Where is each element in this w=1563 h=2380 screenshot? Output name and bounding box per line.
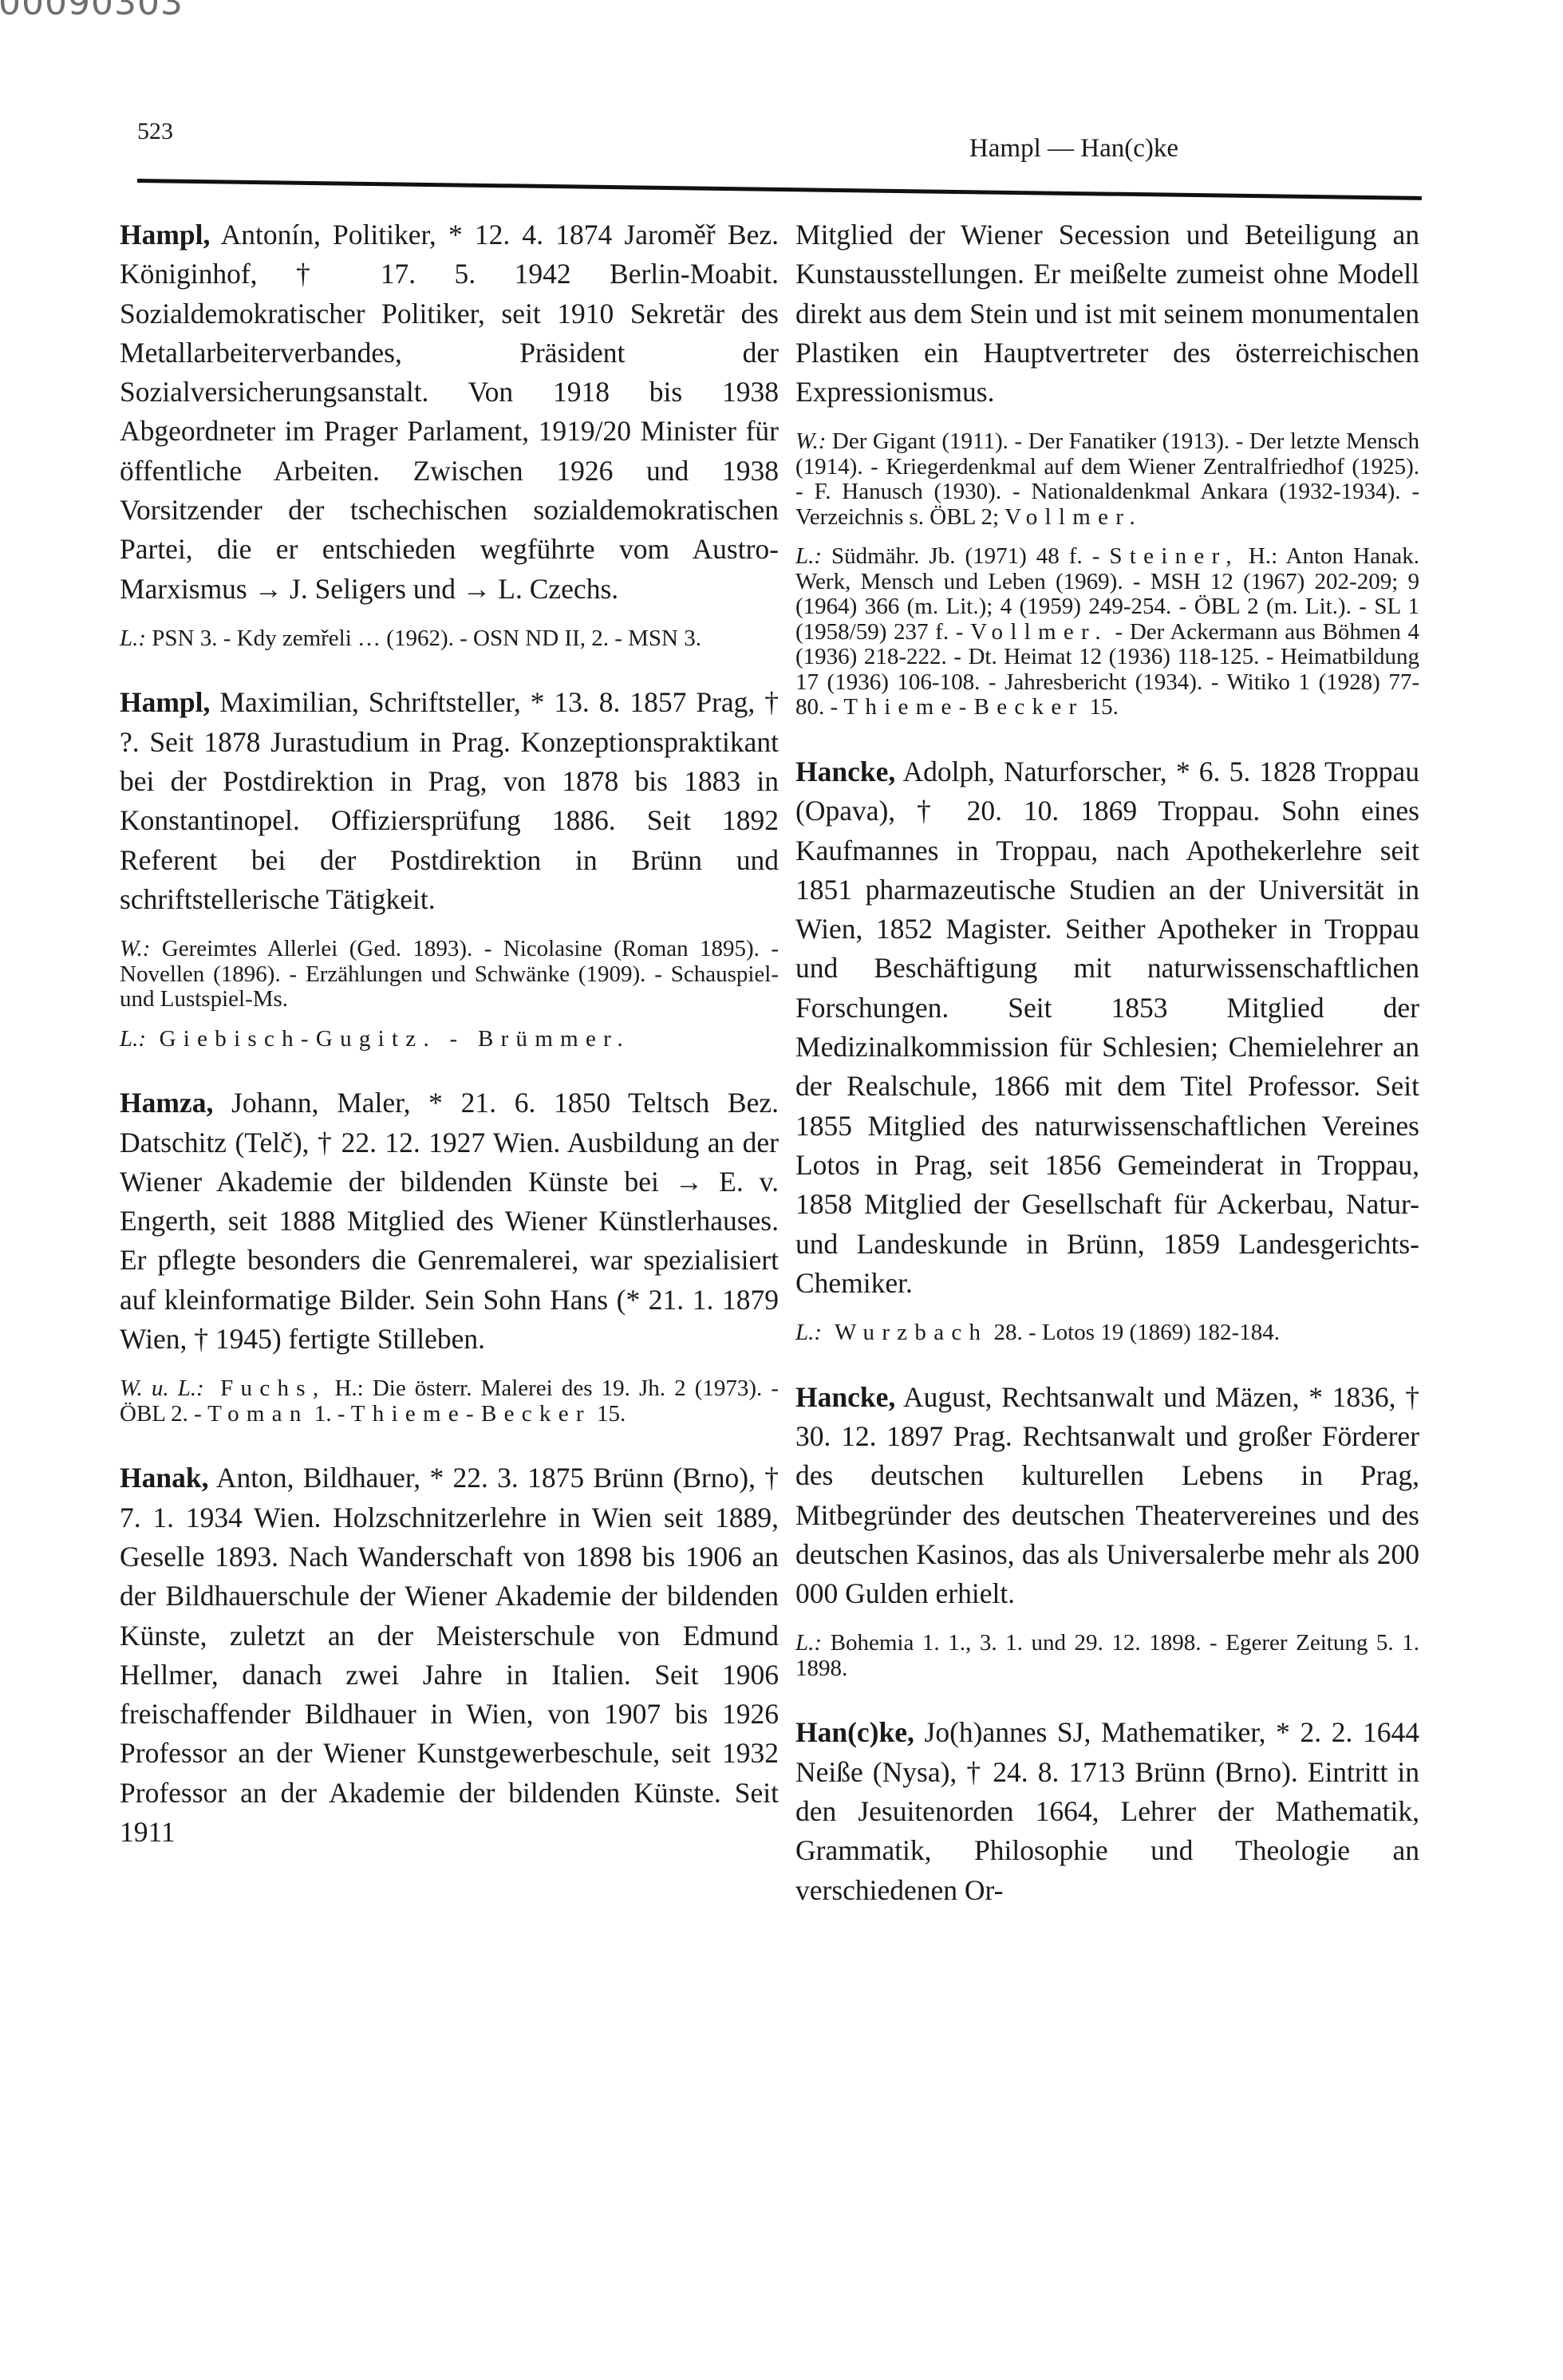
entry-lemma: Hampl, (120, 686, 210, 718)
entry-hanak-continuation: Mitglied der Wiener Secession und Beteil… (795, 215, 1419, 720)
entry-hancke-august: Hancke, August, Rechtsanwalt und Mäzen, … (795, 1378, 1419, 1682)
literature-references: W. u. L.: Fuchs, H.: Die österr. Malerei… (120, 1376, 779, 1427)
header-rule (137, 179, 1422, 200)
literature-text: PSN 3. - Kdy zemřeli … (1962). - OSN ND … (146, 626, 701, 651)
entry-text: Hanak, Anton, Bildhauer, * 22. 3. 1875 B… (120, 1458, 779, 1852)
literature-references: L.: Wurzbach 28. - Lotos 19 (1869) 182-1… (795, 1320, 1419, 1346)
literature-tag: L.: (120, 1026, 146, 1052)
entry-hanak-anton: Hanak, Anton, Bildhauer, * 22. 3. 1875 B… (120, 1458, 779, 1852)
entry-lemma: Hancke, (795, 1381, 895, 1413)
entry-hancke-adolph: Hancke, Adolph, Naturforscher, * 6. 5. 1… (795, 752, 1419, 1346)
entry-lemma: Hamza, (120, 1087, 213, 1119)
page-number: 523 (137, 118, 173, 145)
literature-text: 15. (1083, 694, 1119, 720)
entry-lemma: Hampl, (120, 219, 210, 251)
entry-text: Han(c)ke, Jo(h)annes SJ, Mathematiker, *… (795, 1713, 1419, 1909)
author-name: Toman (207, 1401, 309, 1427)
literature-text: Südmähr. Jb. (1971) 48 f. - (822, 543, 1109, 569)
works-tag: W.: (120, 936, 150, 961)
literature-references: L.: Südmähr. Jb. (1971) 48 f. - Steiner,… (795, 544, 1419, 720)
entry-text: Hamza, Johann, Maler, * 21. 6. 1850 Telt… (120, 1083, 779, 1359)
entry-hampl-antonin: Hampl, Antonín, Politiker, * 12. 4. 1874… (120, 215, 779, 651)
entry-text: Hancke, Adolph, Naturforscher, * 6. 5. 1… (795, 752, 1419, 1303)
entry-text: Hampl, Antonín, Politiker, * 12. 4. 1874… (120, 215, 779, 609)
works-text: Gereimtes Allerlei (Ged. 1893). - Nicola… (120, 936, 779, 1012)
left-column: Hampl, Antonín, Politiker, * 12. 4. 1874… (120, 215, 779, 1884)
entry-text: Hancke, August, Rechtsanwalt und Mäzen, … (795, 1378, 1419, 1614)
literature-references: L.: PSN 3. - Kdy zemřeli … (1962). - OSN… (120, 626, 779, 652)
entry-hancke-johannes: Han(c)ke, Jo(h)annes SJ, Mathematiker, *… (795, 1713, 1419, 1909)
literature-text: 1. - (309, 1401, 351, 1427)
entry-text: Hampl, Maximilian, Schriftsteller, * 13.… (120, 683, 779, 919)
literature-references: L.: Bohemia 1. 1., 3. 1. und 29. 12. 189… (795, 1631, 1419, 1681)
entry-lemma: Han(c)ke, (795, 1716, 914, 1748)
entry-biography: Johann, Maler, * 21. 6. 1850 Teltsch Bez… (120, 1087, 779, 1355)
entry-hampl-maximilian: Hampl, Maximilian, Schriftsteller, * 13.… (120, 683, 779, 1052)
literature-tag: L.: (795, 543, 822, 569)
author-name: Vollmer. (1005, 504, 1143, 530)
author-name: Steiner, (1109, 543, 1238, 569)
running-head: Hampl — Han(c)ke (969, 134, 1178, 164)
literature-tag: L.: (795, 1320, 822, 1345)
literature-tag: W. u. L.: (120, 1376, 204, 1401)
entry-biography: Adolph, Naturforscher, * 6. 5. 1828 Trop… (795, 756, 1419, 1299)
literature-tag: L.: (120, 626, 146, 651)
entry-biography: August, Rechtsanwalt und Mäzen, * 1836, … (795, 1381, 1419, 1609)
literature-text: Giebisch-Gugitz. - Brümmer. (146, 1026, 630, 1052)
entry-biography: Maximilian, Schriftsteller, * 13. 8. 185… (120, 686, 779, 914)
literature-text: 15. (591, 1401, 626, 1427)
entry-lemma: Hanak, (120, 1462, 208, 1494)
author-name: Thieme-Becker (351, 1401, 591, 1427)
literature-text: 28. - Lotos 19 (1869) 182-184. (988, 1320, 1280, 1345)
literature-tag: L.: (795, 1630, 822, 1656)
author-name: Fuchs, (204, 1376, 326, 1401)
literature-text: Bohemia 1. 1., 3. 1. und 29. 12. 1898. -… (795, 1630, 1419, 1681)
works-tag: W.: (795, 428, 826, 454)
entry-hamza-johann: Hamza, Johann, Maler, * 21. 6. 1850 Telt… (120, 1083, 779, 1427)
works-references: W.: Der Gigant (1911). - Der Fanatiker (… (795, 429, 1419, 530)
entry-biography: Anton, Bildhauer, * 22. 3. 1875 Brünn (B… (120, 1462, 779, 1848)
entry-biography: Antonín, Politiker, * 12. 4. 1874 Jaromě… (120, 219, 779, 605)
entry-text: Mitglied der Wiener Secession und Beteil… (795, 215, 1419, 412)
literature-references: L.: Giebisch-Gugitz. - Brümmer. (120, 1027, 779, 1052)
right-column: Mitglied der Wiener Secession und Beteil… (795, 215, 1419, 1942)
author-name: Vollmer. (970, 619, 1108, 645)
author-name: Wurzbach (822, 1320, 988, 1345)
author-name: Thieme-Becker (843, 694, 1083, 720)
works-references: W.: Gereimtes Allerlei (Ged. 1893). - Ni… (120, 937, 779, 1012)
archive-stamp-number: 00090303 (0, 0, 184, 23)
entry-lemma: Hancke, (795, 756, 895, 787)
